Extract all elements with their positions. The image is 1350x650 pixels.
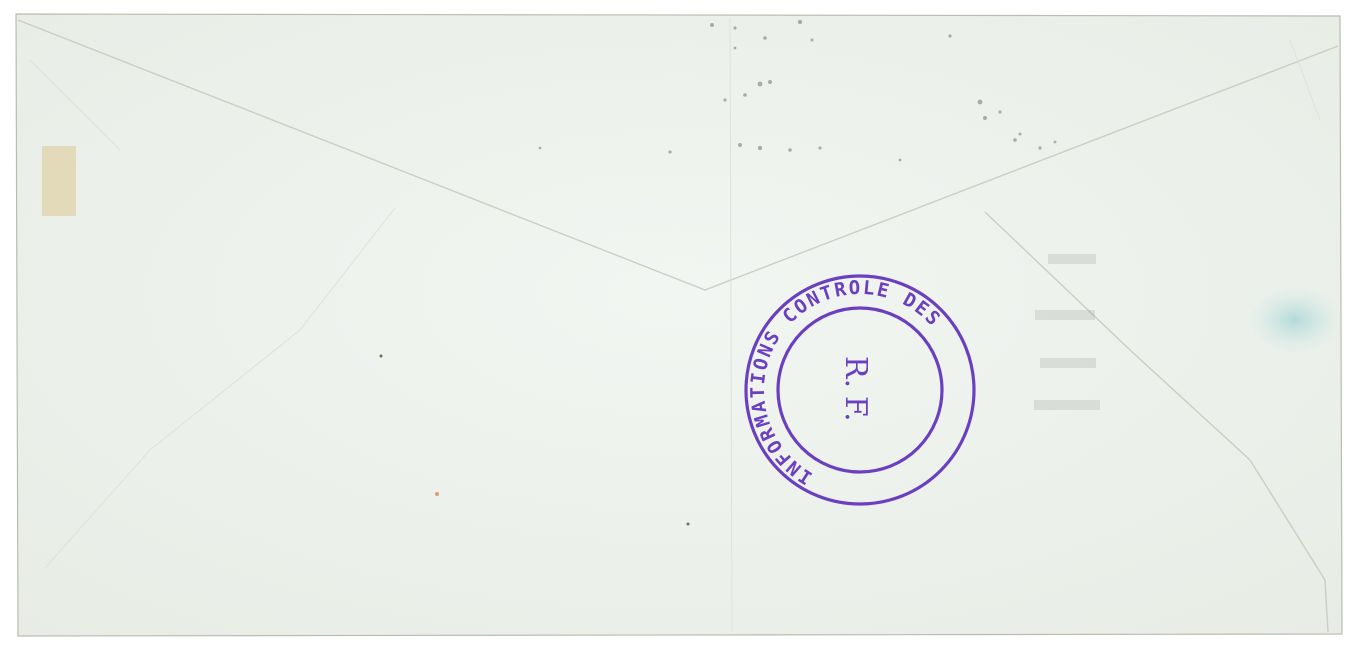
envelope xyxy=(16,14,1342,636)
blue-ink-smudge xyxy=(1247,286,1343,354)
stamp-center-line-2: F. xyxy=(838,396,873,422)
speck xyxy=(380,355,383,358)
speck xyxy=(435,492,439,496)
tape-remnant xyxy=(42,146,76,216)
speck xyxy=(687,523,690,526)
envelope-back-scene: INFORMATIONS CONTROLE DES R. F. xyxy=(0,0,1350,650)
stamp-center-line-1: R. xyxy=(838,356,873,388)
envelope-paper xyxy=(16,14,1342,636)
